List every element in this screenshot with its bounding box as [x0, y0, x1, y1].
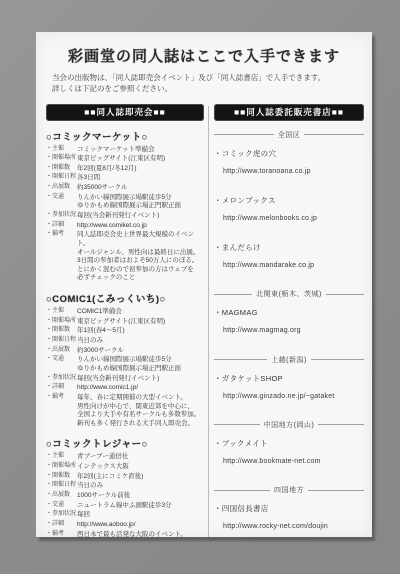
content-columns: ■■同人誌即売会■■ ○コミックマーケット○ ・主催 コミックマーケット準備会 …: [46, 104, 364, 538]
event-row-value: http://www.comiket.co.jp: [77, 222, 204, 231]
region-label: 中国地方(岡山): [264, 420, 315, 430]
event-row-label: ・開催数: [46, 165, 77, 174]
event-row-label: ・出展数: [46, 184, 77, 193]
event-row: ・参加状況 毎回(当会新刊発行イベント): [46, 212, 204, 221]
event-row-value: 毎回(当会新刊発行イベント): [77, 212, 204, 221]
event-rows: ・主催 青ブーブー通信社 ・開催場所 インテックス大阪 ・開催数 年2回(主にコ…: [46, 453, 204, 537]
events-list: ○コミックマーケット○ ・主催 コミックマーケット準備会 ・開催場所 東京ビッグ…: [46, 129, 204, 538]
store-url: http://www.melonbooks.co.jp: [223, 212, 364, 225]
event-row-value: 約35000サークル: [77, 184, 204, 193]
store-url: http://www.magmag.org: [223, 324, 364, 337]
stores-column-header: ■■同人誌委託販売書店■■: [214, 104, 364, 121]
region-divider: 中国地方(岡山): [214, 420, 364, 430]
event-row-value: ニュートラム線中ふ頭駅徒歩3分: [77, 502, 204, 511]
event-row: ・開催日程 当日のみ: [46, 482, 204, 491]
event-row-label: ・参加状況: [46, 375, 77, 384]
region-divider: 四国地方: [214, 485, 364, 495]
event-row-value: 毎回(当会新刊発行イベント): [77, 375, 204, 384]
region-divider-line: [318, 424, 364, 425]
store-name: ・四国信長書店: [214, 503, 364, 514]
event-row-label: ・主催: [46, 453, 77, 462]
column-divider: [208, 106, 209, 538]
event-section: ○COMIC1(こみっくいち)○ ・主催 COMIC1準備会 ・開催場所 東京ビ…: [46, 291, 204, 428]
event-row: ・詳細 http://www.comic1.jp/: [46, 384, 204, 393]
region-divider-line: [214, 294, 252, 295]
event-row-value: 東京ビッグサイト(江東区有明): [77, 155, 204, 164]
store-group: 全国区 ・コミック虎の穴 http://www.toranoana.co.jp …: [214, 130, 364, 273]
event-row: ・開催場所 東京ビッグサイト(江東区有明): [46, 155, 204, 164]
store-group: 上越(新潟) ・ガタケットSHOP http://www.ginzado.ne.…: [214, 355, 364, 403]
store-name: ・ガタケットSHOP: [214, 373, 364, 384]
region-divider-line: [308, 490, 364, 491]
event-name: ○コミックマーケット○: [46, 129, 204, 143]
event-row-label: ・主催: [46, 146, 77, 155]
region-divider: 全国区: [214, 130, 364, 140]
event-row-label: ・詳細: [46, 521, 77, 530]
store-group: 北関東(栃木、茨城) ・MAGMAG http://www.magmag.org: [214, 289, 364, 337]
event-row-value: 当日のみ: [77, 337, 204, 346]
store-group: 四国地方 ・四国信長書店 http://www.rocky-net.com/do…: [214, 485, 364, 537]
events-column-header: ■■同人誌即売会■■: [46, 104, 204, 121]
event-row-label: ・開催日程: [46, 337, 77, 346]
event-row: ・主催 コミックマーケット準備会: [46, 146, 204, 155]
event-row: ・出展数 約3000サークル: [46, 347, 204, 356]
event-row: ・交通 ニュートラム線中ふ頭駅徒歩3分: [46, 502, 204, 511]
event-row-value: 約3000サークル: [77, 347, 204, 356]
region-stores: ・MAGMAG http://www.magmag.org: [214, 307, 364, 337]
event-rows: ・主催 COMIC1準備会 ・開催場所 東京ビッグサイト(江東区有明) ・開催数…: [46, 308, 204, 428]
event-row: ・詳細 http://www.aoboo.jp/: [46, 521, 204, 530]
store-url: http://www.rocky-net.com/doujin /index.h…: [223, 520, 364, 537]
event-row-label: ・開催場所: [46, 463, 77, 472]
event-name: ○コミックトレジャー○: [46, 436, 204, 450]
event-row-value: インテックス大阪: [77, 463, 204, 472]
subtitle-line-2: 詳しくは下記のをご参照ください。: [52, 84, 172, 93]
event-row-value: コミックマーケット準備会: [77, 146, 204, 155]
region-label: 四国地方: [274, 485, 304, 495]
store-entry: ・コミック虎の穴 http://www.toranoana.co.jp: [214, 148, 364, 178]
event-row-label: ・詳細: [46, 222, 77, 231]
region-divider-line: [214, 490, 270, 491]
event-row-label: ・開催日程: [46, 174, 77, 183]
store-url: http://www.mandarake.co.jp: [223, 259, 364, 272]
region-divider-line: [214, 134, 274, 135]
store-name: ・MAGMAG: [214, 307, 364, 318]
region-stores: ・四国信長書店 http://www.rocky-net.com/doujin …: [214, 503, 364, 537]
event-row-value: りんかい線国際展示場駅徒歩5分 ゆりかもめ線国際展示場正門駅正面: [77, 194, 204, 211]
events-column: ■■同人誌即売会■■ ○コミックマーケット○ ・主催 コミックマーケット準備会 …: [46, 104, 204, 538]
region-stores: ・コミック虎の穴 http://www.toranoana.co.jp ・メロン…: [214, 148, 364, 273]
event-row: ・交通 りんかい線国際展示場駅徒歩5分 ゆりかもめ線国際展示場正門駅正面: [46, 356, 204, 373]
event-row-label: ・詳細: [46, 384, 77, 393]
page-title: 彩画堂の同人誌はここで入手できます: [44, 45, 364, 66]
event-row-label: ・参加状況: [46, 212, 77, 221]
scanned-page: 彩画堂の同人誌はここで入手できます 当会の出版物は、「同人誌即売会イベント」及び…: [36, 32, 372, 537]
event-row-label: ・交通: [46, 356, 77, 373]
event-row: ・開催日程 当日のみ: [46, 337, 204, 346]
event-row: ・開催数 年2回(主にコミケ直後): [46, 473, 204, 482]
event-row: ・開催数 年1回(春4〜5月): [46, 327, 204, 336]
event-row-label: ・備考: [46, 531, 77, 537]
event-row-value: http://www.comic1.jp/: [77, 384, 204, 393]
store-entry: ・まんだらけ http://www.mandarake.co.jp: [214, 242, 364, 272]
event-row-label: ・開催場所: [46, 155, 77, 164]
event-row: ・開催場所 インテックス大阪: [46, 463, 204, 472]
event-row-value: 年2回(主にコミケ直後): [77, 473, 204, 482]
event-row-label: ・開催数: [46, 327, 77, 336]
store-entry: ・メロンブックス http://www.melonbooks.co.jp: [214, 195, 364, 225]
event-row-label: ・出展数: [46, 347, 77, 356]
event-row: ・開催場所 東京ビッグサイト(江東区有明): [46, 318, 204, 327]
event-row: ・開催日程 各3日間: [46, 174, 204, 183]
store-groups-list: 全国区 ・コミック虎の穴 http://www.toranoana.co.jp …: [214, 130, 364, 538]
store-name: ・コミック虎の穴: [214, 148, 364, 159]
event-section: ○コミックマーケット○ ・主催 コミックマーケット準備会 ・開催場所 東京ビッグ…: [46, 129, 204, 284]
region-divider-line: [311, 359, 364, 360]
event-row-label: ・交通: [46, 194, 77, 211]
event-section: ○コミックトレジャー○ ・主催 青ブーブー通信社 ・開催場所 インテックス大阪 …: [46, 436, 204, 537]
event-row-value: 毎回: [77, 511, 204, 520]
subtitle-line-1: 当会の出版物は、「同人誌即売会イベント」及び「同人誌書店」で入手できます。: [52, 73, 325, 82]
stores-column: ■■同人誌委託販売書店■■ 全国区 ・コミック虎の穴 http://www.to…: [214, 104, 364, 538]
event-row-label: ・開催数: [46, 473, 77, 482]
region-divider: 上越(新潟): [214, 355, 364, 365]
event-row-label: ・参加状況: [46, 511, 77, 520]
event-row-label: ・出展数: [46, 492, 77, 501]
event-row: ・参加状況 毎回: [46, 511, 204, 520]
store-entry: ・四国信長書店 http://www.rocky-net.com/doujin …: [214, 503, 364, 537]
event-row: ・開催数 年2回(夏8月/冬12月): [46, 165, 204, 174]
region-stores: ・ガタケットSHOP http://www.ginzado.ne.jp/~gat…: [214, 373, 364, 403]
store-url: http://www.bookmate-net.com: [223, 455, 364, 468]
event-row: ・参加状況 毎回(当会新刊発行イベント): [46, 375, 204, 384]
event-row-value: 年2回(夏8月/冬12月): [77, 165, 204, 174]
event-rows: ・主催 コミックマーケット準備会 ・開催場所 東京ビッグサイト(江東区有明) ・…: [46, 146, 204, 284]
event-row-value: りんかい線国際展示場駅徒歩5分 ゆりかもめ線国際展示場正門駅正面: [77, 356, 204, 373]
event-row-value: 西日本で最も活発な大阪のイベント。 オールジャンルだが男性向けが中心。 主にコミ…: [77, 531, 204, 537]
event-row: ・備考 同人誌即売会史上世界最大規模のイベント。 オールジャンル、男性向は最終日…: [46, 231, 204, 283]
event-row: ・主催 COMIC1準備会: [46, 308, 204, 317]
event-row-value: 毎年、春に定期開催の大型イベント。 男性向けが中心で、関東近郊を中心に、 全国よ…: [77, 394, 204, 429]
event-row-value: http://www.aoboo.jp/: [77, 521, 204, 530]
event-row-value: 1000サークル前後: [77, 492, 204, 501]
store-entry: ・ガタケットSHOP http://www.ginzado.ne.jp/~gat…: [214, 373, 364, 403]
event-row-value: COMIC1準備会: [77, 308, 204, 317]
event-row-label: ・開催場所: [46, 318, 77, 327]
scan-background: { "page": { "title": "彩画堂の同人誌はここで入手できます"…: [0, 0, 400, 574]
region-label: 全国区: [278, 130, 301, 140]
region-divider-line: [304, 134, 364, 135]
event-row: ・主催 青ブーブー通信社: [46, 453, 204, 462]
event-row: ・出展数 1000サークル前後: [46, 492, 204, 501]
region-label: 北関東(栃木、茨城): [256, 289, 322, 299]
region-divider-line: [214, 359, 267, 360]
event-row-label: ・開催日程: [46, 482, 77, 491]
event-name: ○COMIC1(こみっくいち)○: [46, 291, 204, 305]
event-row: ・備考 毎年、春に定期開催の大型イベント。 男性向けが中心で、関東近郊を中心に、…: [46, 394, 204, 429]
region-stores: ・ブックメイト http://www.bookmate-net.com: [214, 438, 364, 468]
store-entry: ・ブックメイト http://www.bookmate-net.com: [214, 438, 364, 468]
event-row: ・出展数 約35000サークル: [46, 184, 204, 193]
region-divider: 北関東(栃木、茨城): [214, 289, 364, 299]
store-entry: ・MAGMAG http://www.magmag.org: [214, 307, 364, 337]
event-row-value: 同人誌即売会史上世界最大規模のイベント。 オールジャンル、男性向は最終日に出展。…: [77, 231, 204, 283]
event-row: ・交通 りんかい線国際展示場駅徒歩5分 ゆりかもめ線国際展示場正門駅正面: [46, 194, 204, 211]
store-url: http://www.toranoana.co.jp: [223, 165, 364, 178]
page-subtitle: 当会の出版物は、「同人誌即売会イベント」及び「同人誌書店」で入手できます。 詳し…: [52, 72, 372, 95]
event-row-label: ・備考: [46, 394, 77, 429]
event-row-label: ・備考: [46, 231, 77, 283]
event-row-value: 青ブーブー通信社: [77, 453, 204, 462]
event-row-value: 年1回(春4〜5月): [77, 327, 204, 336]
store-group: 中国地方(岡山) ・ブックメイト http://www.bookmate-net…: [214, 420, 364, 468]
event-row: ・備考 西日本で最も活発な大阪のイベント。 オールジャンルだが男性向けが中心。 …: [46, 531, 204, 537]
event-row: ・詳細 http://www.comiket.co.jp: [46, 222, 204, 231]
event-row-value: 東京ビッグサイト(江東区有明): [77, 318, 204, 327]
region-divider-line: [326, 294, 364, 295]
region-label: 上越(新潟): [271, 355, 307, 365]
region-divider-line: [214, 424, 260, 425]
store-name: ・ブックメイト: [214, 438, 364, 449]
store-name: ・メロンブックス: [214, 195, 364, 206]
event-row-label: ・交通: [46, 502, 77, 511]
event-row-value: 各3日間: [77, 174, 204, 183]
event-row-label: ・主催: [46, 308, 77, 317]
store-name: ・まんだらけ: [214, 242, 364, 253]
store-url: http://www.ginzado.ne.jp/~gataket: [223, 390, 364, 403]
event-row-value: 当日のみ: [77, 482, 204, 491]
